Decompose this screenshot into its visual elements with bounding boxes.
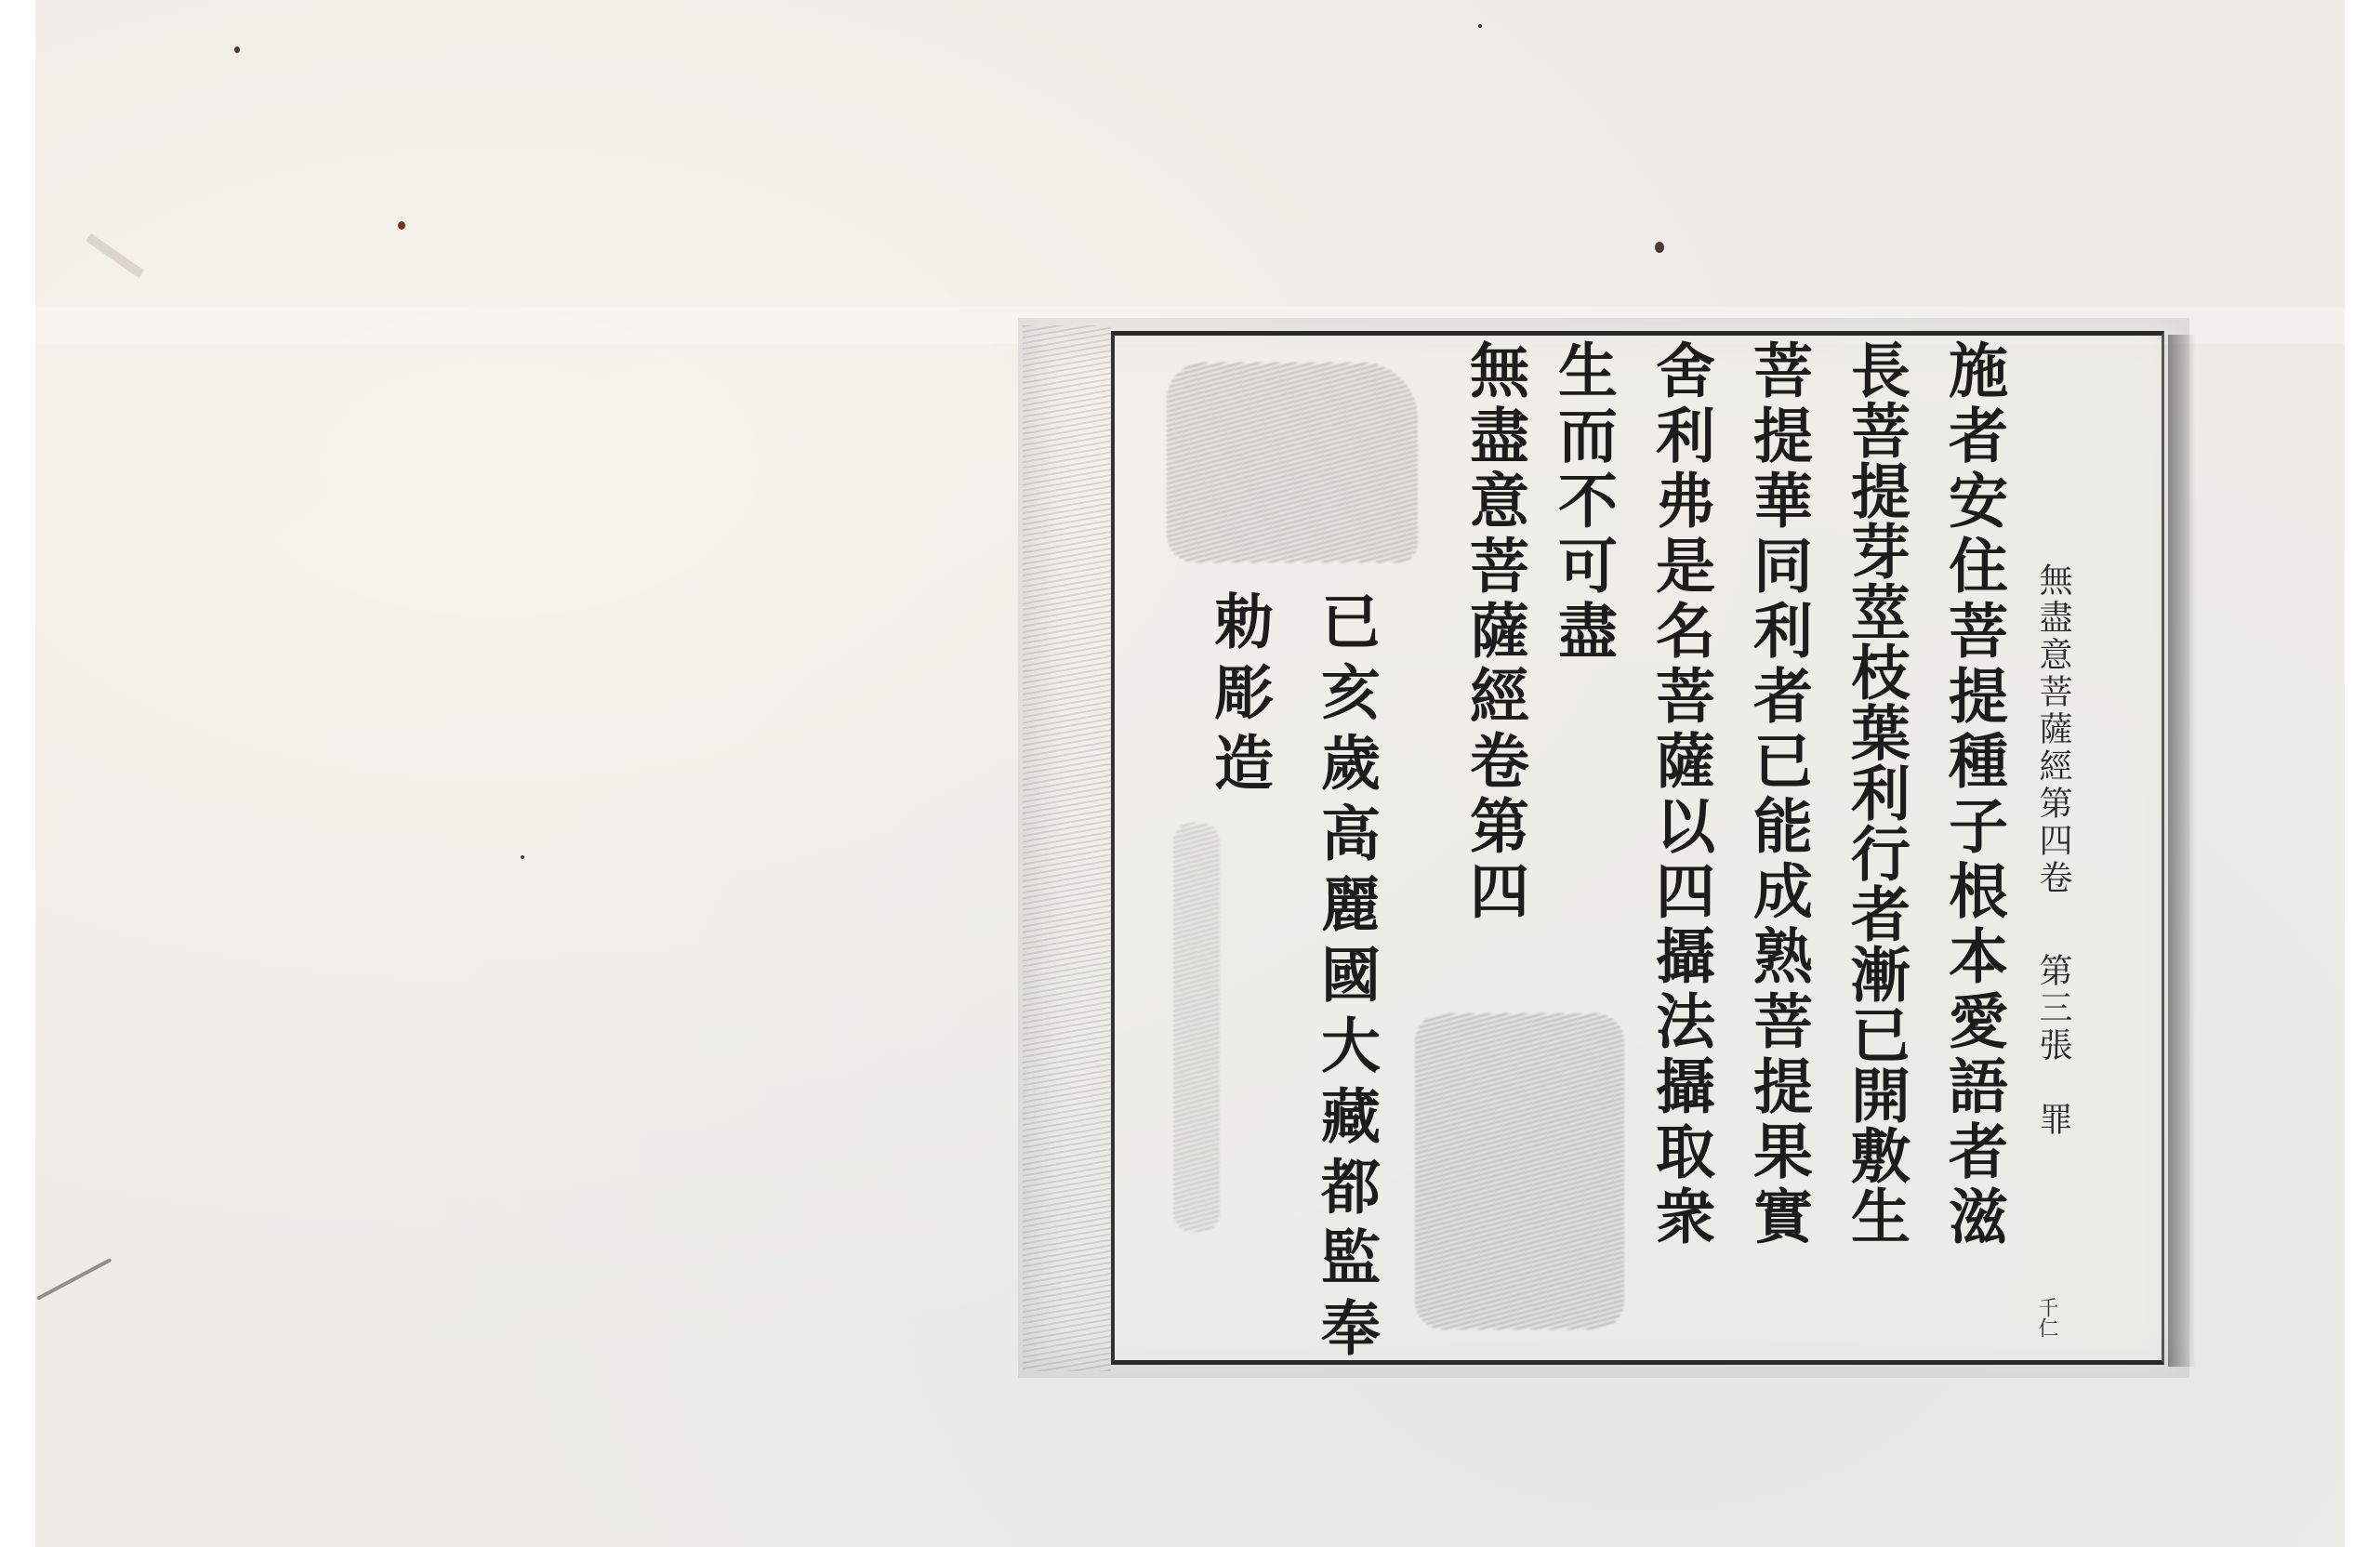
carver-mark: 罪 [2036, 1102, 2069, 1139]
ink-speck [1655, 242, 1664, 253]
ink-speck [1478, 24, 1482, 28]
text-column-4: 舍利弗是名菩薩以四攝法攝取衆 [1650, 339, 1710, 1250]
colophon-line-1: 已亥歲高麗國大藏都監奉 [1316, 590, 1375, 1368]
corner-mark: 千仁 [2036, 1297, 2056, 1338]
rubbing-smudge [1173, 823, 1220, 1232]
colophon-line-2: 勅彫造 [1209, 590, 1268, 802]
ink-speck [521, 855, 524, 859]
margin-title: 無盡意菩薩經第四卷 [2036, 562, 2069, 897]
rubbing-smudge [1415, 1013, 1624, 1329]
ink-speck [398, 221, 405, 230]
rubbing-smudge [1167, 363, 1418, 562]
text-column-5: 生而不可盡 [1553, 339, 1612, 665]
rubbing-left-margin [1023, 325, 1111, 1371]
sutra-end-title: 無盡意菩薩經卷第四 [1464, 339, 1524, 925]
ink-speck [234, 46, 240, 53]
text-column-1: 施者安住菩提種子根本愛語者滋 [1943, 339, 2003, 1250]
text-column-2: 長菩提芽莖枝葉利行者漸已開敷生 [1845, 339, 1905, 1246]
page-marker: 第三張 [2036, 953, 2069, 1064]
text-column-3: 菩提華同利者已能成熟菩提果實 [1748, 339, 1807, 1250]
rubbing-right-edge [2168, 335, 2196, 1367]
